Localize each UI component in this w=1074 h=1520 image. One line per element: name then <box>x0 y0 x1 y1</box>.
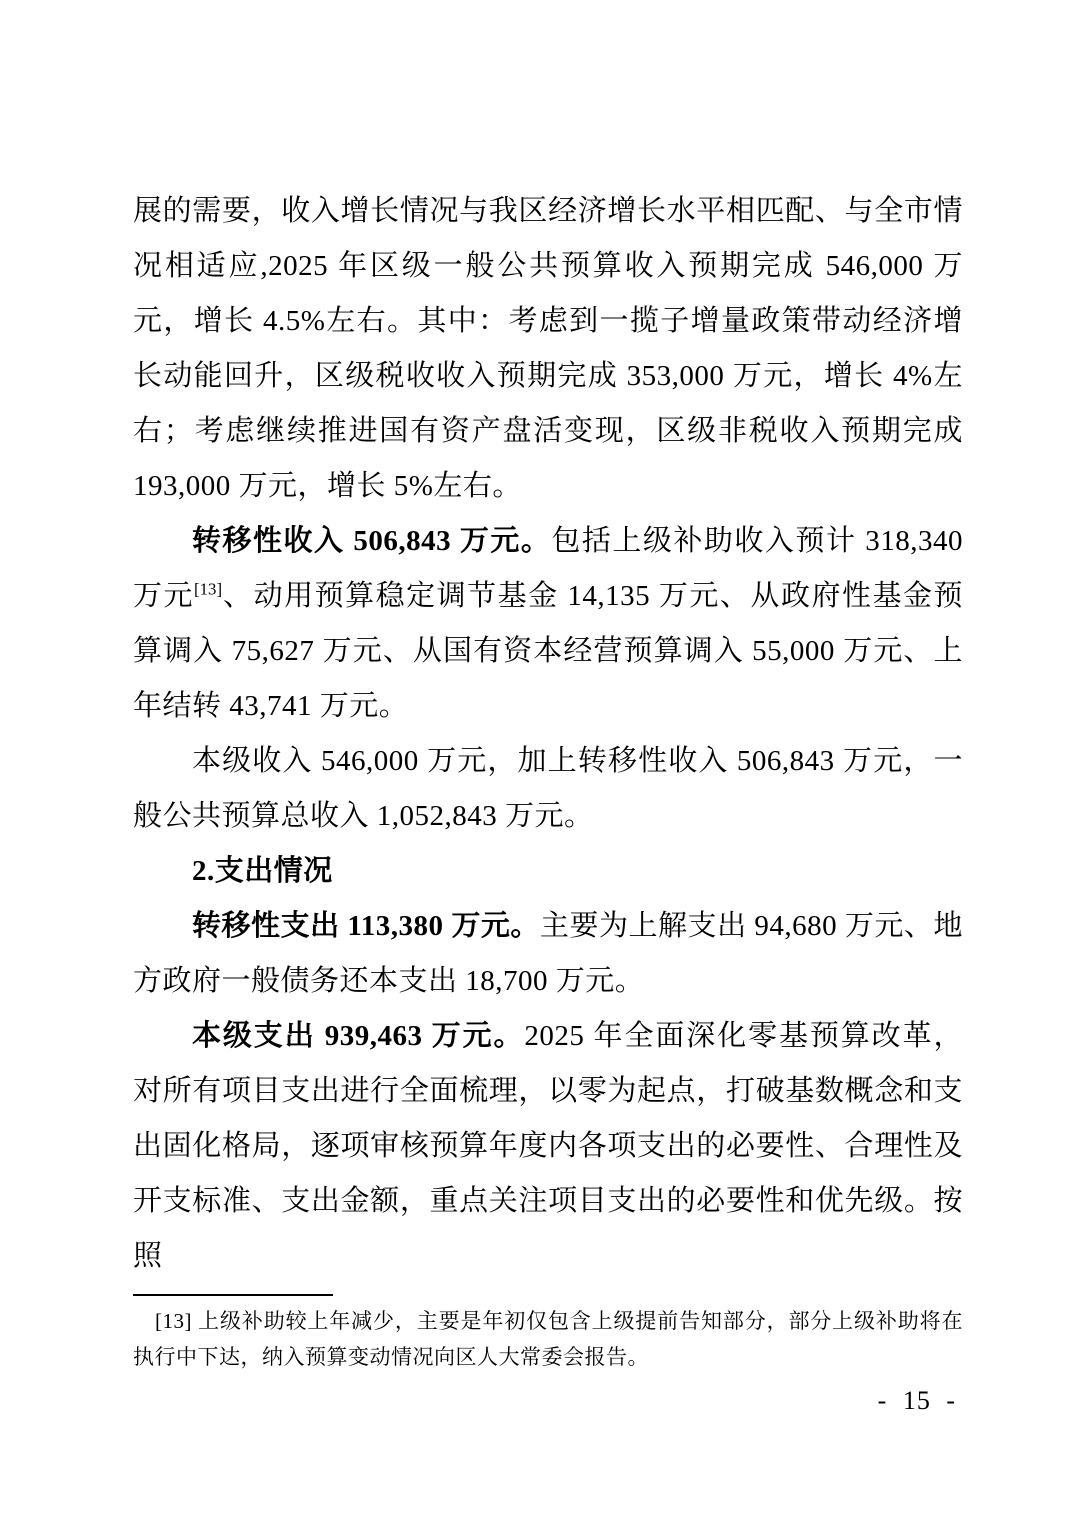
footnote-separator-rule <box>133 1294 333 1296</box>
transfer-income-lead: 转移性收入 506,843 万元。 <box>192 525 551 557</box>
footnote-ref-13: [13] <box>194 579 222 598</box>
page-body-text: 展的需要，收入增长情况与我区经济增长水平相匹配、与全市情况相适应,2025 年区… <box>133 184 963 1284</box>
own-level-expenditure-text: 2025 年全面深化零基预算改革，对所有项目支出进行全面梳理，以零为起点，打破基… <box>133 1020 963 1272</box>
transfer-expenditure-lead: 转移性支出 113,380 万元。 <box>192 910 540 942</box>
paragraph-own-level-expenditure: 本级支出 939,463 万元。2025 年全面深化零基预算改革，对所有项目支出… <box>133 1009 963 1284</box>
transfer-income-text-b: 、动用预算稳定调节基金 14,135 万元、从政府性基金预算调入 75,627 … <box>133 580 963 722</box>
footnote-section: [13] 上级补助较上年减少，主要是年初仅包含上级提前告知部分，部分上级补助将在… <box>133 1294 963 1375</box>
paragraph-transfer-expenditure: 转移性支出 113,380 万元。主要为上解支出 94,680 万元、地方政府一… <box>133 899 963 1009</box>
footnote-13-text: 上级补助较上年减少，主要是年初仅包含上级提前告知部分，部分上级补助将在执行中下达… <box>133 1309 963 1369</box>
paragraph-revenue-overview: 展的需要，收入增长情况与我区经济增长水平相匹配、与全市情况相适应,2025 年区… <box>133 184 963 514</box>
footnote-13-marker: [13] <box>155 1309 192 1333</box>
footnote-13: [13] 上级补助较上年减少，主要是年初仅包含上级提前告知部分，部分上级补助将在… <box>133 1303 963 1375</box>
heading-expenditure-section: 2.支出情况 <box>133 844 963 899</box>
paragraph-transfer-income: 转移性收入 506,843 万元。包括上级补助收入预计 318,340 万元[1… <box>133 514 963 734</box>
document-page: 展的需要，收入增长情况与我区经济增长水平相匹配、与全市情况相适应,2025 年区… <box>0 0 1074 1520</box>
own-level-expenditure-lead: 本级支出 939,463 万元。 <box>192 1020 524 1052</box>
paragraph-total-income: 本级收入 546,000 万元，加上转移性收入 506,843 万元，一般公共预… <box>133 734 963 844</box>
page-number: - 15 - <box>878 1386 956 1416</box>
